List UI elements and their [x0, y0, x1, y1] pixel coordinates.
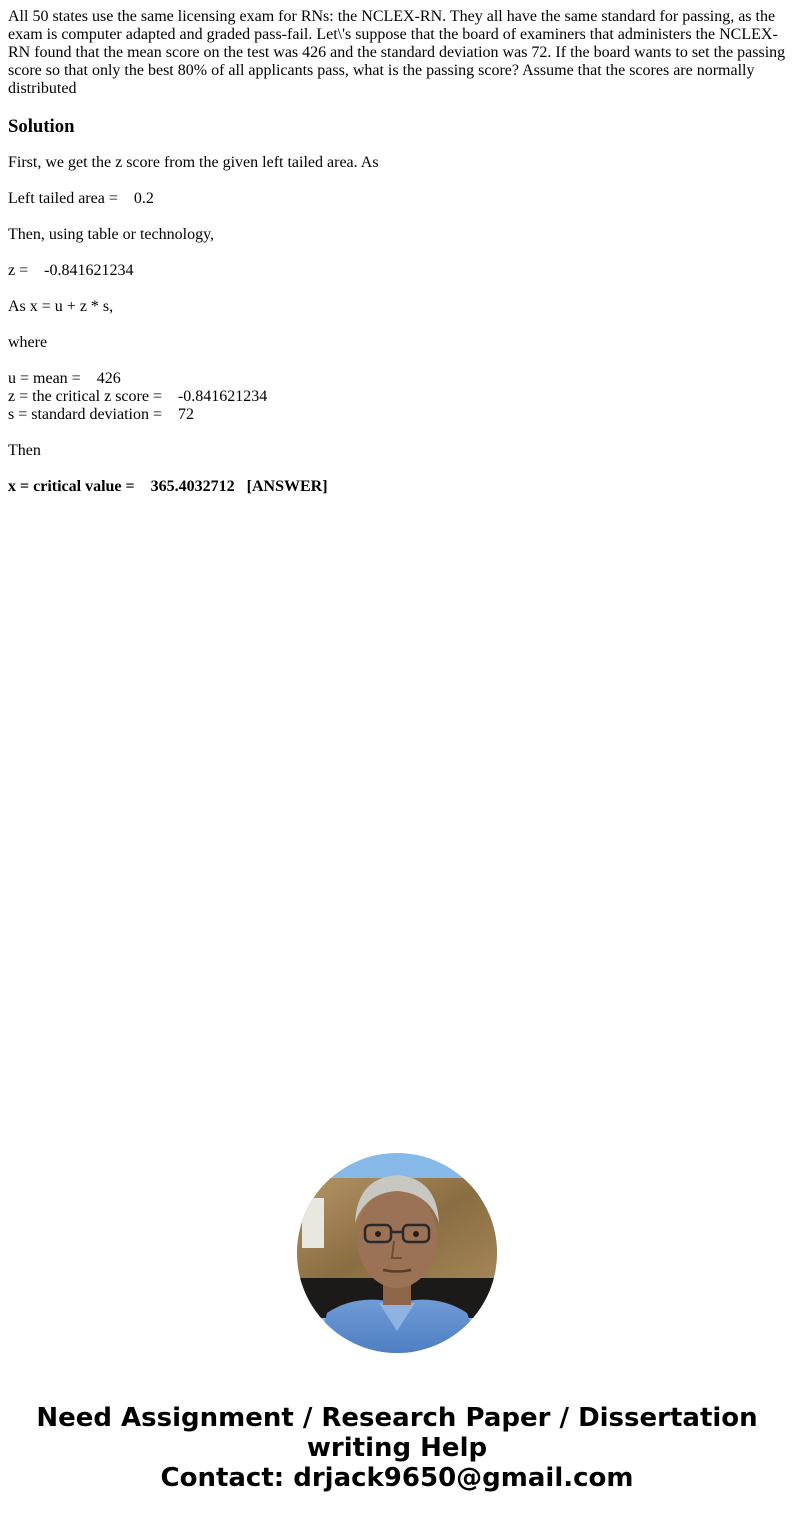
formula: As x = u + z * s,: [8, 298, 786, 316]
portrait-image: [297, 1153, 497, 1353]
left-tailed-area-text: Left tailed area = 0.2: [8, 190, 786, 208]
question-text: All 50 states use the same licensing exa…: [8, 8, 786, 98]
definitions-block: u = mean = 426 z = the critical z score …: [8, 370, 786, 424]
answer-line: x = critical value = 365.4032712 [ANSWER…: [8, 478, 786, 496]
z-value-text: z = -0.841621234: [8, 262, 786, 280]
avatar: [297, 1153, 497, 1353]
definition-sd: s = standard deviation = 72: [8, 406, 786, 424]
definition-z: z = the critical z score = -0.841621234: [8, 388, 786, 406]
answer-text: x = critical value = 365.4032712 [ANSWER…: [8, 478, 786, 496]
then-label: Then: [8, 442, 786, 460]
solution-intro: First, we get the z score from the given…: [8, 154, 786, 172]
promo-line-1: Need Assignment / Research Paper / Disse…: [0, 1403, 794, 1433]
left-tailed-area: Left tailed area = 0.2: [8, 190, 786, 208]
page-content: All 50 states use the same licensing exa…: [0, 0, 794, 496]
definition-mean: u = mean = 426: [8, 370, 786, 388]
promo-banner: Need Assignment / Research Paper / Disse…: [0, 1403, 794, 1493]
promo-contact: Contact: drjack9650@gmail.com: [0, 1463, 794, 1493]
solution-heading: Solution: [8, 116, 786, 138]
technology-note: Then, using table or technology,: [8, 226, 786, 244]
where-label: where: [8, 334, 786, 352]
z-value: z = -0.841621234: [8, 262, 786, 280]
promo-line-2: writing Help: [0, 1433, 794, 1463]
